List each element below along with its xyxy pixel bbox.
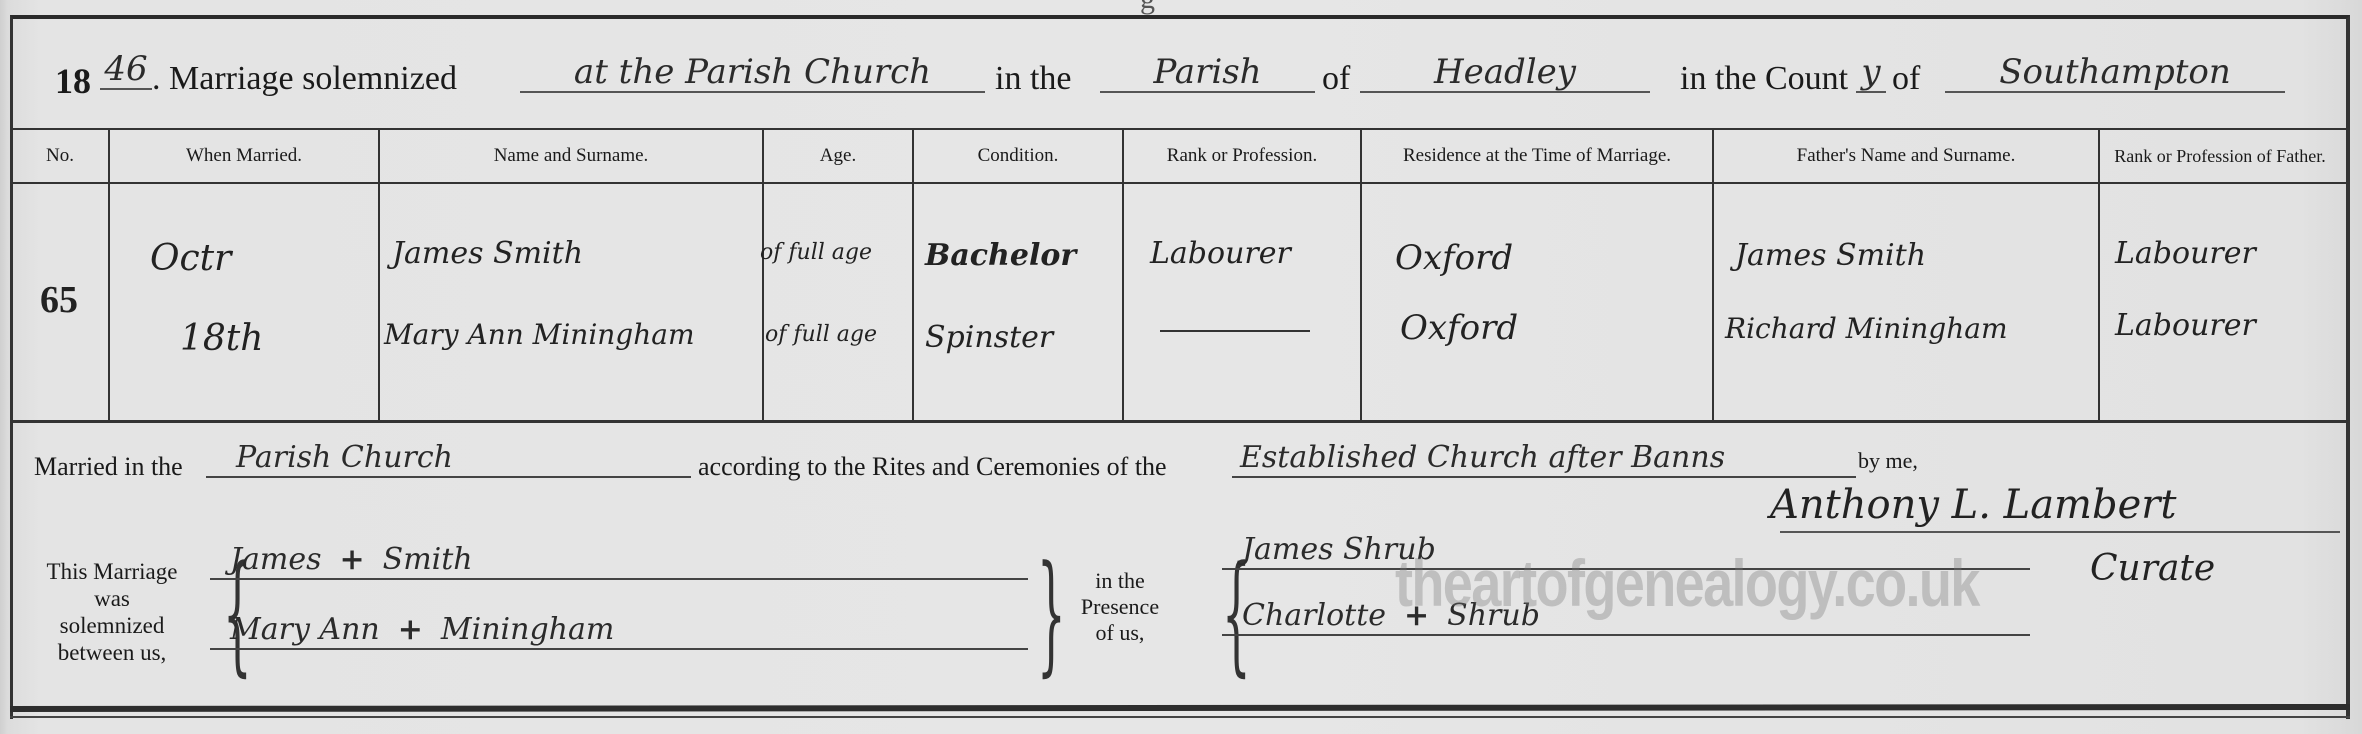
- heading-of: of: [1322, 60, 1350, 98]
- officiant-signature: Anthony L. Lambert: [1770, 482, 2176, 528]
- heading-marriage-solemnized: . Marriage solemnized: [152, 60, 457, 98]
- venue-handwritten: Parish Church: [206, 440, 691, 478]
- according-to-rites-label: according to the Rites and Ceremonies of…: [698, 452, 1167, 482]
- bride-name: Mary Ann Miningham: [384, 318, 695, 351]
- bride-residence: Oxford: [1400, 308, 1518, 348]
- column-header-condition: Condition.: [914, 130, 1122, 182]
- groom-rank: Labourer: [1150, 236, 1291, 271]
- year-prefix: 18: [55, 60, 91, 102]
- column-header-age: Age.: [764, 130, 912, 182]
- married-in-the-label: Married in the: [34, 452, 183, 482]
- entry-number: 65: [40, 278, 78, 322]
- when-married-day: 18th: [180, 318, 263, 359]
- table-header-rule: [12, 182, 2348, 184]
- column-header-no: No.: [12, 130, 108, 182]
- groom-residence: Oxford: [1395, 238, 1513, 278]
- table-bottom-rule: [12, 420, 2348, 423]
- bride-age: of full age: [765, 322, 877, 347]
- heading-of-county: of: [1892, 60, 1920, 98]
- column-header-residence: Residence at the Time of Marriage.: [1362, 130, 1712, 182]
- bride-condition: Spinster: [925, 320, 1053, 355]
- groom-signature-line: James+Smith: [210, 542, 1028, 580]
- district-type-handwritten: Parish: [1100, 55, 1315, 93]
- by-me-label: by me,: [1858, 448, 1918, 474]
- when-married-month: Octr: [150, 238, 231, 279]
- heading-in-the: in the: [995, 60, 1071, 98]
- column-header-father-rank: Rank or Profession of Father.: [2100, 130, 2340, 182]
- groom-father-name: James Smith: [1735, 238, 1926, 273]
- county-handwritten: Southampton: [1945, 55, 2285, 93]
- bride-father-name: Richard Miningham: [1725, 312, 2008, 345]
- previous-line-fragment: g: [1140, 0, 1155, 16]
- column-header-rank: Rank or Profession.: [1124, 130, 1360, 182]
- groom-father-rank: Labourer: [2115, 236, 2256, 271]
- parish-name-handwritten: Headley: [1360, 55, 1650, 93]
- rites-handwritten: Established Church after Banns: [1232, 440, 1856, 478]
- bride-father-rank: Labourer: [2115, 308, 2256, 343]
- county-suffix-handwritten: y: [1856, 55, 1886, 93]
- groom-name: James Smith: [392, 236, 583, 271]
- heading-in-the-county: in the Count: [1680, 60, 1848, 98]
- column-header-father-name: Father's Name and Surname.: [1714, 130, 2098, 182]
- place-handwritten: at the Parish Church: [520, 55, 985, 93]
- bride-signature-line: Mary Ann+Miningham: [210, 612, 1028, 650]
- register-page: g 18 46 . Marriage solemnized at the Par…: [0, 0, 2362, 734]
- groom-age: of full age: [760, 240, 872, 265]
- groom-condition: Bachelor: [925, 238, 1076, 273]
- officiant-title: Curate: [2090, 548, 2215, 589]
- column-header-when-married: When Married.: [110, 130, 378, 182]
- in-the-presence-label: in the Presence of us,: [1060, 568, 1180, 646]
- frame-bottom-thin-rule: [10, 716, 2350, 718]
- bride-rank-dash: [1160, 330, 1310, 332]
- year-handwritten: 46: [100, 52, 152, 90]
- solemnized-between-us-label: This Marriage was solemnized between us,: [22, 558, 202, 667]
- watermark: theartofgenealogy.co.uk: [1395, 545, 1979, 621]
- column-header-name: Name and Surname.: [380, 130, 762, 182]
